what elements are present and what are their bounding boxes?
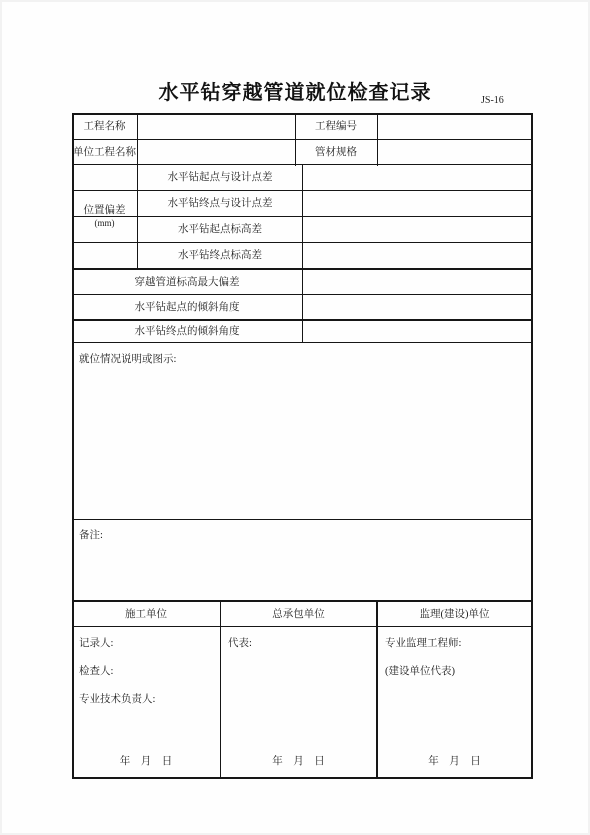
label-end-vs-design: 水平钻终点与设计点差 xyxy=(138,191,302,216)
recorder-label: 记录人: xyxy=(79,637,220,651)
label-project-number: 工程编号 xyxy=(295,113,377,139)
placement-notes-label: 就位情况说明或图示: xyxy=(79,351,531,366)
label-position-deviation-group: 位置偏差 (mm) xyxy=(72,165,137,268)
value-end-vs-design xyxy=(303,191,531,216)
value-project-number xyxy=(378,113,531,139)
label-end-tilt-angle: 水平钻终点的倾斜角度 xyxy=(72,321,302,342)
technical-lead-label: 专业技术负责人: xyxy=(79,693,220,707)
label-project-name: 工程名称 xyxy=(72,113,137,139)
label-pipe-spec: 管材规格 xyxy=(295,140,377,164)
remark-area: 备注: xyxy=(72,520,531,600)
label-unit-project-name: 单位工程名称 xyxy=(72,140,137,164)
label-start-tilt-angle: 水平钻起点的倾斜角度 xyxy=(72,295,302,319)
remark-label: 备注: xyxy=(79,527,531,542)
header-construction-unit: 施工单位 xyxy=(72,602,220,626)
header-general-contractor-unit: 总承包单位 xyxy=(221,602,376,626)
representative-label: 代表: xyxy=(228,637,376,651)
owner-representative-label: (建设单位代表) xyxy=(385,665,531,679)
table-border-bottom xyxy=(72,777,533,779)
value-end-elevation-diff xyxy=(303,243,531,268)
placement-notes-area: 就位情况说明或图示: xyxy=(72,343,531,519)
group-unit-text: (mm) xyxy=(95,217,115,230)
inspector-label: 检查人: xyxy=(79,665,220,679)
value-max-elevation-deviation xyxy=(303,270,531,294)
signature-col-supervision: 专业监理工程师: (建设单位代表) 年 月 日 xyxy=(378,627,531,777)
signature-col-contractor: 代表: 年 月 日 xyxy=(221,627,376,777)
supervising-engineer-label: 专业监理工程师: xyxy=(385,637,531,651)
form-code-badge: JS-16 xyxy=(481,95,521,106)
value-project-name xyxy=(138,113,295,139)
value-end-tilt-angle xyxy=(303,321,531,342)
table-border-right xyxy=(531,113,533,779)
label-start-elevation-diff: 水平钻起点标高差 xyxy=(138,217,302,242)
date-line: 年 月 日 xyxy=(378,753,531,768)
label-start-vs-design: 水平钻起点与设计点差 xyxy=(138,165,302,190)
value-unit-project-name xyxy=(138,140,295,164)
value-pipe-spec xyxy=(378,140,531,164)
group-label-text: 位置偏差 xyxy=(84,204,126,217)
label-max-elevation-deviation: 穿越管道标高最大偏差 xyxy=(72,270,302,294)
signature-col-construction: 记录人: 检查人: 专业技术负责人: 年 月 日 xyxy=(72,627,220,777)
label-end-elevation-diff: 水平钻终点标高差 xyxy=(138,243,302,268)
value-start-elevation-diff xyxy=(303,217,531,242)
value-start-vs-design xyxy=(303,165,531,190)
scanned-form-page: 水平钻穿越管道就位检查记录 JS-16 工程名称 工程编号 单位工程名称 管材规… xyxy=(0,0,590,835)
date-line: 年 月 日 xyxy=(221,753,376,768)
date-line: 年 月 日 xyxy=(72,753,220,768)
value-start-tilt-angle xyxy=(303,295,531,319)
header-supervision-unit: 监理(建设)单位 xyxy=(378,602,531,626)
